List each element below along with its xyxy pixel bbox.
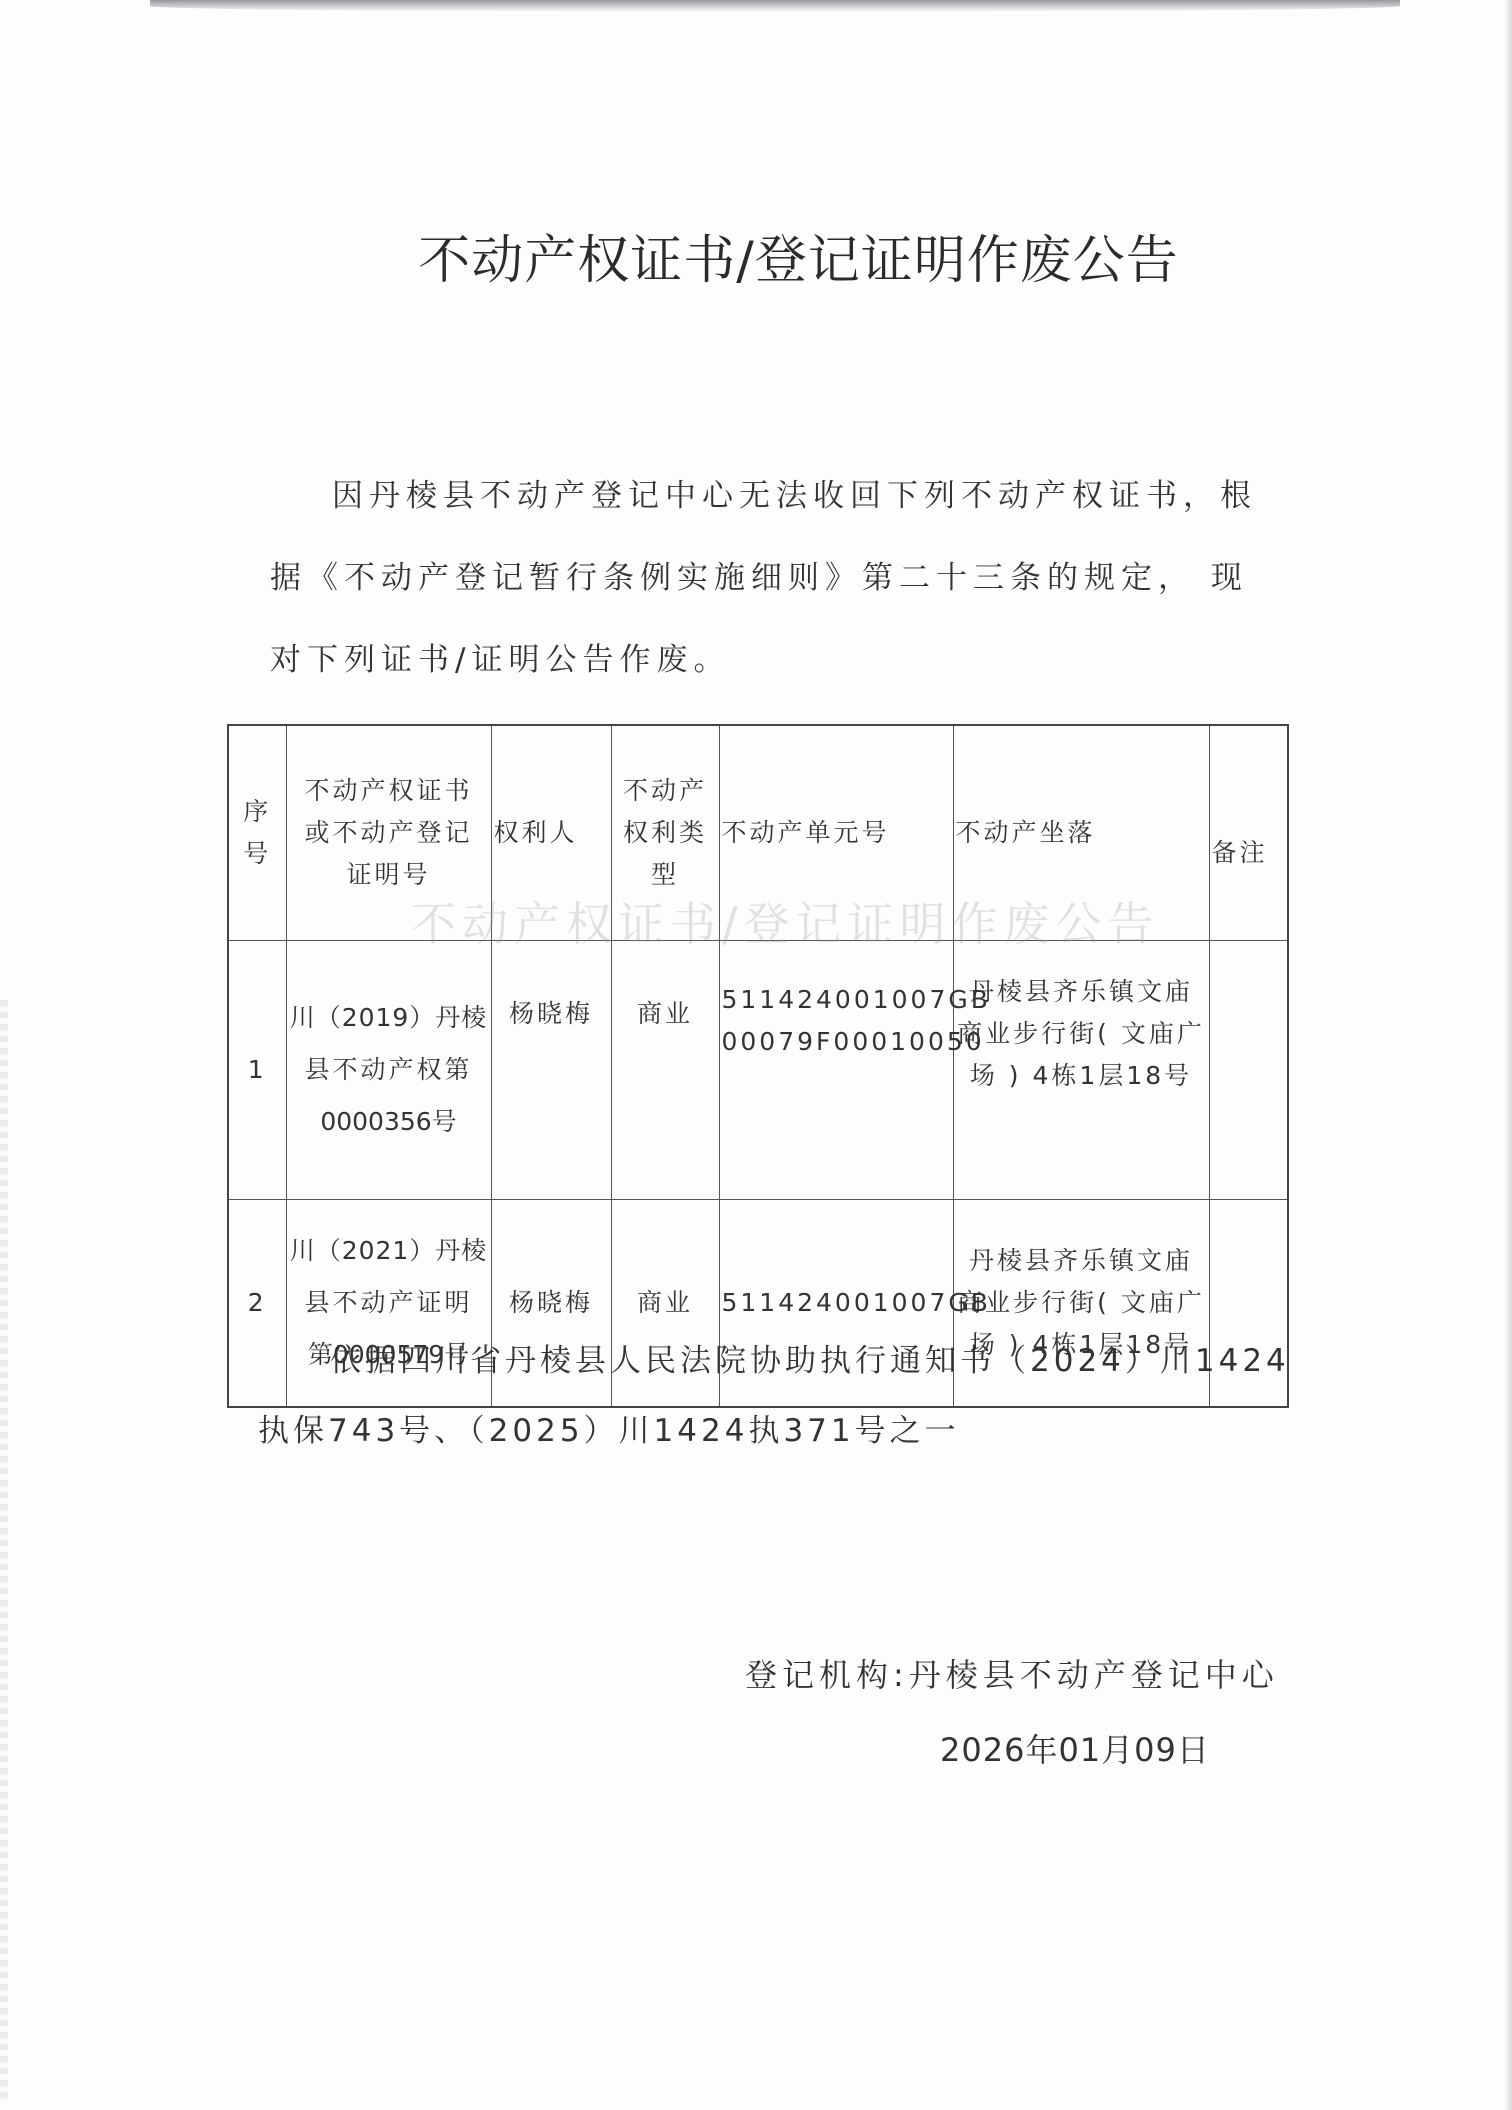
intro-line-2: 据《不动产登记暂行条例实施细则》第二十三条的规定， 现 (270, 560, 1248, 596)
cell-unit-number: 511424001007GB 00079F00010050 (719, 941, 953, 1200)
cell-location: 丹棱县齐乐镇文庙 商业步行街( 文庙广 场 ) 4栋1层18号 (953, 941, 1209, 1200)
header-seq: 序 号 (228, 725, 286, 941)
cell-cert-number: 川（2019）丹棱 县不动产权第 0000356号 (286, 941, 491, 1200)
certificate-table: 序 号 不动产权证书 或不动产登记 证明号 权利人 不动产 权利类 型 不动产单… (227, 724, 1289, 1408)
intro-line-1: 因丹棱县不动产登记中心无法收回下列不动产权证书，根 (332, 478, 1257, 514)
intro-paragraph: 因丹棱县不动产登记中心无法收回下列不动产权证书，根 据《不动产登记暂行条例实施细… (270, 455, 1270, 701)
basis-line-2: 执保743号、（2025）川1424执371号之一 (258, 1413, 960, 1449)
legal-basis-paragraph: 依据四川省丹棱县人民法院协助执行通知书（2024）川1424 执保743号、（2… (258, 1326, 1298, 1466)
intro-line-3: 对下列证书/证明公告作废。 (270, 642, 730, 678)
basis-line-1: 依据四川省丹棱县人民法院协助执行通知书（2024）川1424 (330, 1343, 1290, 1379)
cell-holder: 杨晓梅 (491, 941, 611, 1200)
table-row: 1 川（2019）丹棱 县不动产权第 0000356号 杨晓梅 商业 51142… (228, 941, 1288, 1200)
document-title: 不动产权证书/登记证明作废公告 (0, 218, 1512, 293)
header-note: 备注 (1209, 725, 1288, 941)
bleed-through-watermark: 不动产权证书/登记证明作废公告 (410, 888, 1160, 954)
scan-left-edge (0, 1000, 8, 2100)
scan-top-shadow (150, 0, 1400, 12)
cell-right-type: 商业 (611, 941, 719, 1200)
registration-authority: 登记机构:丹棱县不动产登记中心 (745, 1650, 1279, 1696)
scan-right-edge (1504, 0, 1512, 2110)
issue-date: 2026年01月09日 (940, 1725, 1210, 1771)
cell-note (1209, 941, 1288, 1200)
cell-seq: 1 (228, 941, 286, 1200)
